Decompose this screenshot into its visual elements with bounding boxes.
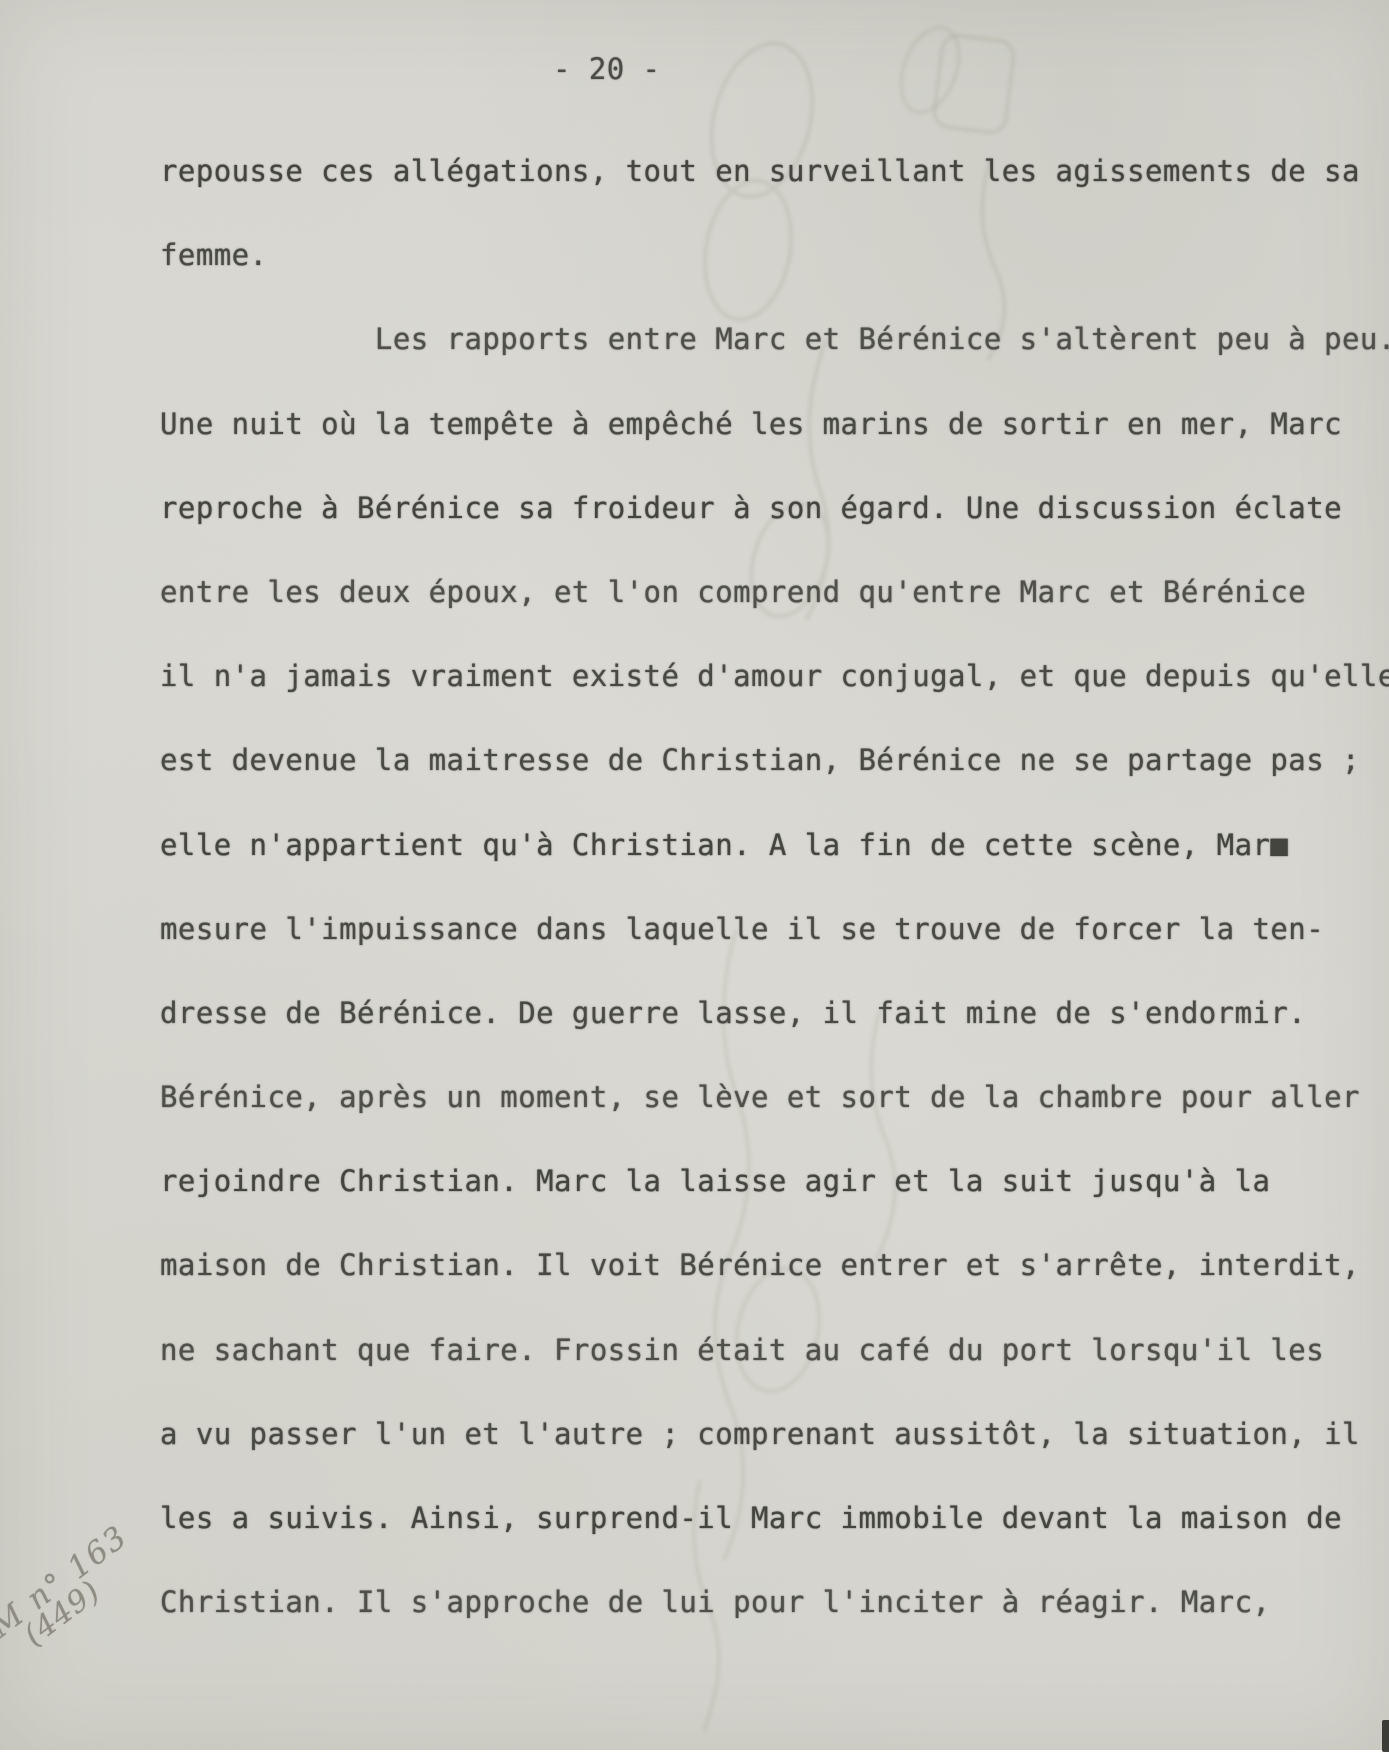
- typed-line: a vu passer l'un et l'autre ; comprenant…: [160, 1417, 1389, 1501]
- typed-line: femme.: [160, 238, 1389, 322]
- typed-line: Bérénice, après un moment, se lève et so…: [160, 1080, 1389, 1164]
- typed-line: il n'a jamais vraiment existé d'amour co…: [160, 659, 1389, 743]
- handwritten-archive-note: VM n° 163 (449): [0, 1518, 151, 1681]
- typescript-body: repousse ces allégations, tout en survei…: [160, 154, 1389, 1669]
- typed-line: Christian. Il s'approche de lui pour l'i…: [160, 1585, 1389, 1669]
- typed-line: maison de Christian. Il voit Bérénice en…: [160, 1248, 1389, 1332]
- typed-line: dresse de Bérénice. De guerre lasse, il …: [160, 996, 1389, 1080]
- scan-edge-artifact: [1382, 1720, 1389, 1750]
- typed-line: mesure l'impuissance dans laquelle il se…: [160, 912, 1389, 996]
- scanned-typescript-page: - 20 - repousse ces allégations, tout en…: [0, 0, 1389, 1750]
- typed-line: Une nuit où la tempête à empêché les mar…: [160, 407, 1389, 491]
- typed-line: Les rapports entre Marc et Bérénice s'al…: [160, 322, 1389, 406]
- typed-line: reproche à Bérénice sa froideur à son ég…: [160, 491, 1389, 575]
- typed-line: les a suivis. Ainsi, surprend-il Marc im…: [160, 1501, 1389, 1585]
- page-number: - 20 -: [553, 52, 660, 86]
- typed-line: ne sachant que faire. Frossin était au c…: [160, 1333, 1389, 1417]
- typed-line: entre les deux époux, et l'on comprend q…: [160, 575, 1389, 659]
- typed-line: est devenue la maitresse de Christian, B…: [160, 743, 1389, 827]
- typed-line: repousse ces allégations, tout en survei…: [160, 154, 1389, 238]
- typed-line: rejoindre Christian. Marc la laisse agir…: [160, 1164, 1389, 1248]
- typed-line: elle n'appartient qu'à Christian. A la f…: [160, 828, 1389, 912]
